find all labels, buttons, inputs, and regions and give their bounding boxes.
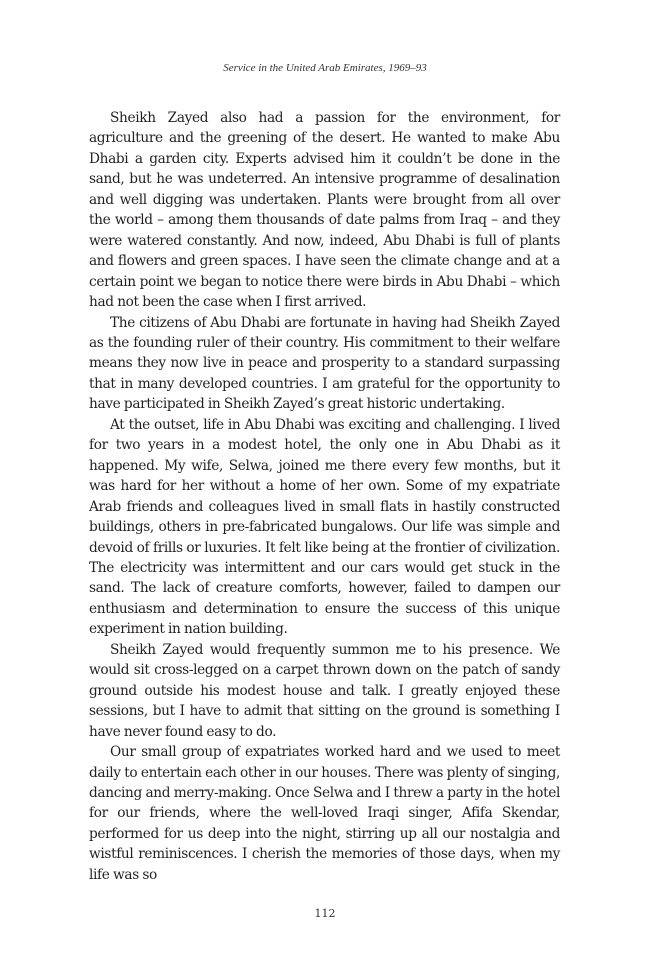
body-text: Sheikh Zayed also had a passion for the … — [89, 108, 560, 885]
page-number: 112 — [0, 906, 650, 922]
paragraph-sessions: Sheikh Zayed would frequently summon me … — [89, 640, 560, 742]
paragraph-environment: Sheikh Zayed also had a passion for the … — [89, 108, 560, 313]
paragraph-citizens: The citizens of Abu Dhabi are fortunate … — [89, 313, 560, 415]
paragraph-outset: At the outset, life in Abu Dhabi was exc… — [89, 415, 560, 640]
paragraph-expatriates: Our small group of expatriates worked ha… — [89, 742, 560, 885]
running-head: Service in the United Arab Emirates, 196… — [0, 60, 650, 76]
